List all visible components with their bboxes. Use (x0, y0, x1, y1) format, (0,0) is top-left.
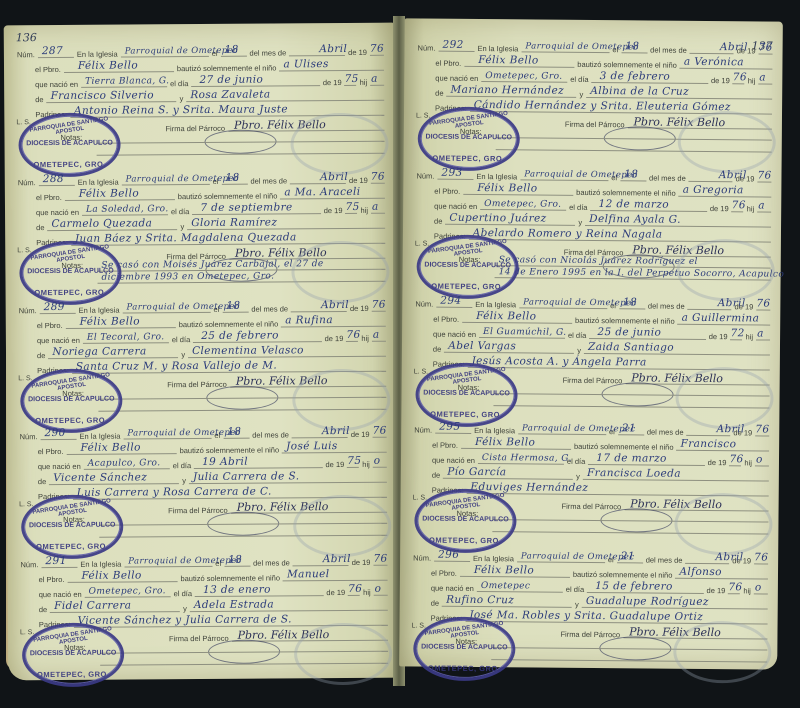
baptism-month: Abril (320, 171, 348, 183)
birthplace: Ometepec, Gro. (484, 199, 561, 210)
page-number-left: 136 (16, 31, 37, 44)
father-label: de (36, 351, 46, 360)
hijo-label: hij (746, 204, 756, 213)
baptism-month: Abril (321, 299, 349, 311)
baptism-day: 18 (224, 44, 238, 56)
num-label: Núm. (413, 425, 433, 434)
mother-name: Rosa Zavaleta (190, 89, 270, 102)
priest-label: el Pbro. (35, 193, 63, 202)
priest-name: Félix Bello (477, 182, 537, 195)
month-label: del mes de (249, 176, 288, 185)
baptism-year: 76 (373, 553, 387, 565)
entry-line-1: Núm. 292 En la Iglesia Parroquial de Ome… (417, 40, 775, 55)
baptism-entry: Núm. 294 En la Iglesia Parroquial de Ome… (401, 296, 780, 409)
birthplace-label: que nació en (433, 202, 478, 211)
child-label: el niño (253, 63, 277, 72)
priest-label: el Pbro. (433, 187, 461, 196)
baptism-entry: Núm. 292 En la Iglesia Parroquial de Ome… (404, 40, 783, 153)
stamp-town: OMETEPEC, GRO. (416, 663, 512, 673)
hijo-suffix: o (755, 581, 762, 593)
entry-line-3: que nació en Tierra Blanca, G. el día 27… (34, 75, 386, 89)
birthplace: Ometepec, Gro. (89, 586, 166, 597)
parish-stamp: PARROQUIA DE SANTIAGO APOSTOL DIOCESIS D… (418, 106, 521, 171)
stamp-town: OMETEPEC, GRO. (23, 288, 119, 298)
birth-date: 25 de junio (597, 326, 661, 339)
child-label: el niño (254, 191, 278, 200)
baptism-month: Abril (717, 423, 745, 435)
and-label: y (575, 472, 581, 481)
hijo-label: hij (747, 76, 757, 85)
child-name: a Rufina (285, 314, 333, 326)
iglesia-label: En la Iglesia (78, 432, 121, 441)
baptized-label: bautizó solemnemente (177, 192, 255, 202)
year-label: de 19 (350, 430, 371, 439)
hijo-suffix: o (756, 453, 763, 465)
num-label: Núm. (19, 560, 39, 569)
entry-line-2: el Pbro. Félix Bello bautizó solemnement… (431, 438, 771, 453)
godparents: Jesús Acosta A. y Ángela Parra (471, 355, 646, 369)
birth-year: 75 (345, 201, 359, 213)
baptism-year: 76 (371, 171, 385, 183)
hijo-label: hij (362, 588, 372, 597)
stamp-diocese: DIOCESIS DE ACAPULCO (22, 140, 118, 148)
birth-year: 76 (729, 453, 743, 465)
stamp-diocese: DIOCESIS DE ACAPULCO (22, 268, 118, 276)
stamp-diocese: DIOCESIS DE ACAPULCO (421, 134, 517, 142)
bleed-through-stamp (294, 623, 392, 686)
priest-name: Félix Bello (478, 54, 538, 67)
hijo-label: hij (742, 586, 752, 595)
baptized-label: bautizó solemnemente (573, 442, 651, 452)
hijo-suffix: a (759, 71, 766, 83)
priest-name: Félix Bello (79, 187, 139, 199)
baptism-month: Abril (719, 169, 747, 181)
entry-line-1: Núm. 287 En la Iglesia Parroquial de Ome… (16, 45, 386, 60)
stamp-diocese: DIOCESIS DE ACAPULCO (416, 643, 512, 651)
child-name: Alfonso (679, 566, 722, 578)
baptism-day: 18 (227, 426, 241, 438)
father-label: de (430, 599, 440, 608)
year-label: de 19 (351, 558, 372, 567)
entry-line-1: Núm. 295 En la Iglesia Parroquial de Ome… (413, 422, 771, 437)
baptism-month: Abril (720, 41, 748, 53)
stamp-town: OMETEPEC, GRO. (421, 154, 517, 164)
stamp-parish: PARROQUIA DE SANTIAGO APOSTOL (418, 366, 515, 390)
birthplace-label: que nació en (431, 456, 476, 465)
entry-line-1: Núm. 293 En la Iglesia Parroquial de Ome… (415, 168, 773, 183)
birthplace-label: que nació en (35, 208, 80, 217)
entry-number: 287 (42, 45, 63, 57)
birthplace-label: que nació en (434, 74, 479, 83)
baptism-day: 18 (624, 168, 638, 180)
priest-name: Félix Bello (78, 59, 138, 71)
mother-name: Francisca Loeda (587, 467, 681, 480)
birthplace-label: que nació en (37, 462, 82, 471)
baptism-day: 21 (622, 422, 636, 434)
priest-label: el Pbro. (432, 315, 460, 324)
birthplace-label: que nació en (432, 330, 477, 339)
father-name: Carmelo Quezada (51, 217, 152, 230)
baptism-entry: Núm. 287 En la Iglesia Parroquial de Ome… (4, 45, 395, 158)
birth-year-label: de 19 (323, 206, 344, 215)
entry-line-3: que nació en La Soledad, Gro. el día 7 d… (35, 203, 387, 217)
baptism-month: Abril (715, 551, 743, 563)
baptism-entry: Núm. 291 En la Iglesia Parroquial de Ome… (7, 555, 398, 668)
priest-name: Félix Bello (80, 315, 140, 327)
entry-number: 291 (45, 555, 66, 567)
month-label: del mes de (647, 301, 686, 310)
num-label: Núm. (412, 553, 432, 562)
priest-label: el Pbro. (36, 321, 64, 330)
iglesia-label: En la Iglesia (473, 426, 516, 435)
stamp-parish: PARROQUIA DE SANTIAGO APOSTOL (416, 620, 513, 644)
birth-year-label: de 19 (706, 586, 727, 595)
left-page: 136 Núm. 287 En la Iglesia Parroquial de… (4, 23, 399, 681)
entry-number: 293 (441, 167, 462, 179)
baptism-day: 18 (228, 554, 242, 566)
entry-line-2: el Pbro. Félix Bello bautizó solemnement… (36, 316, 388, 330)
and-label: y (179, 94, 185, 103)
birth-year-label: de 19 (707, 458, 728, 467)
and-label: y (578, 90, 584, 99)
baptism-day: 18 (625, 40, 639, 52)
stamp-diocese: DIOCESIS DE ACAPULCO (23, 396, 119, 404)
year-label: de 19 (348, 176, 369, 185)
priest-label: el Pbro. (431, 441, 459, 450)
birth-day-label: el día (172, 461, 192, 470)
birth-year-label: de 19 (322, 78, 343, 87)
parish-stamp: PARROQUIA DE SANTIAGO APOSTOL DIOCESIS D… (414, 488, 517, 553)
baptized-label: bautizó solemnemente (575, 188, 653, 198)
father-name: Cupertino Juárez (449, 212, 546, 225)
num-label: Núm. (19, 432, 39, 441)
godparents: Luis Carrera y Rosa Carrera de C. (77, 486, 272, 499)
child-label: el niño (649, 571, 673, 580)
child-label: el niño (654, 61, 678, 70)
birth-year: 76 (728, 581, 742, 593)
father-label: de (433, 217, 443, 226)
hijo-suffix: a (373, 329, 380, 341)
month-label: del mes de (250, 304, 289, 313)
parish-stamp: PARROQUIA DE SANTIAGO APOSTOL DIOCESIS D… (413, 616, 516, 681)
priest-label: el Pbro. (34, 65, 62, 74)
year-label: de 19 (349, 304, 370, 313)
baptized-label: bautizó solemnemente (176, 64, 254, 74)
entry-number: 295 (439, 421, 460, 433)
birth-year-label: de 19 (324, 460, 345, 469)
birth-year-label: de 19 (325, 588, 346, 597)
iglesia-label: En la Iglesia (475, 172, 518, 181)
mother-name: Zaida Santiago (588, 341, 674, 354)
stamp-diocese: DIOCESIS DE ACAPULCO (417, 515, 513, 523)
stamp-town: OMETEPEC, GRO. (23, 416, 119, 426)
birthplace-label: que nació en (430, 584, 475, 593)
child-label: el niño (653, 189, 677, 198)
iglesia-label: En la Iglesia (476, 44, 519, 53)
birthplace-label: que nació en (38, 590, 83, 599)
baptized-label: bautizó solemnemente (178, 320, 256, 330)
baptism-year: 76 (757, 169, 771, 181)
baptized-label: bautizó solemnemente (574, 316, 652, 326)
entry-line-1: Núm. 291 En la Iglesia Parroquial de Ome… (19, 555, 389, 570)
baptism-entry: Núm. 293 En la Iglesia Parroquial de Ome… (403, 168, 782, 281)
birth-day-label: el día (565, 585, 585, 594)
iglesia-label: En la Iglesia (76, 50, 119, 59)
mother-name: Guadalupe Rodríguez (586, 595, 709, 608)
birth-year: 76 (733, 71, 747, 83)
father-name: Abel Vargas (448, 340, 516, 353)
baptism-day: 21 (621, 550, 635, 562)
baptism-entry: Núm. 295 En la Iglesia Parroquial de Ome… (400, 422, 779, 535)
month-label: del mes de (249, 48, 288, 57)
baptized-label: bautizó solemnemente (572, 570, 650, 580)
birthplace: La Soledad, Gro. (86, 204, 169, 215)
entry-number: 292 (442, 39, 463, 51)
baptism-year: 76 (370, 43, 384, 55)
entry-line-4: de Noriega Carrera y Clementina Velasco (36, 346, 388, 360)
hijo-label: hij (743, 458, 753, 467)
baptism-day: 18 (226, 300, 240, 312)
stamp-town: OMETEPEC, GRO. (25, 670, 121, 680)
baptism-year: 76 (755, 423, 769, 435)
birthplace: Cista Hermosa, G. (482, 453, 572, 464)
month-label: del mes de (252, 558, 291, 567)
num-label: Núm. (17, 178, 37, 187)
stamp-town: OMETEPEC, GRO. (419, 282, 515, 292)
and-label: y (182, 604, 188, 613)
entry-line-2: el Pbro. Félix Bello bautizó solemnement… (432, 312, 772, 327)
parish-stamp: PARROQUIA DE SANTIAGO APOSTOL DIOCESIS D… (20, 369, 122, 434)
priest-name: Félix Bello (474, 564, 534, 577)
baptism-year: 76 (372, 299, 386, 311)
mother-name: Delfina Ayala G. (589, 213, 681, 226)
godparents: Antonio Reina S. y Srita. Maura Juste (74, 103, 288, 116)
child-name: a Verónica (684, 56, 744, 69)
priest-label: el Pbro. (37, 447, 65, 456)
month-label: del mes de (645, 555, 684, 564)
godparents: Juan Báez y Srita. Magdalena Quezada (75, 231, 297, 245)
entry-number: 294 (440, 295, 461, 307)
child-label: el niño (651, 317, 675, 326)
child-label: el niño (256, 445, 280, 454)
parish-stamp: PARROQUIA DE SANTIAGO APOSTOL DIOCESIS D… (19, 241, 121, 306)
baptized-label: bautizó solemnemente (179, 574, 257, 584)
godparents: Vicente Sánchez y Julia Carrera de S. (78, 613, 292, 626)
stamp-parish: PARROQUIA DE SANTIAGO APOSTOL (417, 492, 514, 516)
num-label: Núm. (417, 43, 437, 52)
father-label: de (34, 95, 44, 104)
father-name: Fidel Carrera (54, 599, 131, 612)
child-label: el niño (650, 443, 674, 452)
mother-name: Gloria Ramírez (191, 216, 277, 229)
stamp-town: OMETEPEC, GRO. (22, 160, 118, 170)
entry-line-2: el Pbro. Félix Bello bautizó solemnement… (38, 570, 390, 584)
father-name: Mariano Hernández (451, 84, 565, 97)
baptism-entry: Núm. 290 En la Iglesia Parroquial de Ome… (7, 427, 398, 540)
hijo-suffix: a (758, 199, 765, 211)
and-label: y (577, 218, 583, 227)
baptism-entry: Núm. 288 En la Iglesia Parroquial de Ome… (5, 173, 396, 286)
and-label: y (576, 346, 582, 355)
baptism-month: Abril (319, 43, 347, 55)
and-label: y (181, 476, 187, 485)
birth-day-label: el día (170, 207, 190, 216)
hijo-label: hij (359, 206, 369, 215)
child-name: Francisco (681, 438, 737, 450)
hijo-suffix: a (371, 73, 378, 85)
num-label: Núm. (16, 50, 36, 59)
bleed-through-stamp (675, 367, 774, 430)
hijo-suffix: o (374, 455, 381, 467)
father-label: de (434, 89, 444, 98)
father-label: de (431, 471, 441, 480)
mother-name: Clementina Velasco (192, 344, 304, 357)
baptism-year: 76 (373, 425, 387, 437)
birth-year-label: de 19 (324, 334, 345, 343)
iglesia-label: En la Iglesia (79, 560, 122, 569)
and-label: y (574, 600, 580, 609)
year-label: de 19 (347, 48, 368, 57)
birth-date: 15 de febrero (595, 580, 673, 593)
birth-day-label: el día (567, 331, 587, 340)
birth-year: 75 (345, 73, 359, 85)
birth-year: 76 (732, 199, 746, 211)
father-name: Francisco Silverio (51, 89, 155, 102)
birth-year: 75 (347, 455, 361, 467)
bleed-through-stamp (292, 369, 390, 432)
birth-day-label: el día (171, 335, 191, 344)
priest-name: Félix Bello (80, 441, 140, 453)
month-label: del mes de (646, 427, 685, 436)
child-name: a Ma. Araceli (284, 186, 360, 199)
entry-number: 288 (43, 173, 64, 185)
priest-name: Félix Bello (475, 436, 535, 449)
birth-date: 25 de febrero (201, 329, 279, 342)
child-name: a Guillermina (682, 312, 760, 325)
stamp-town: OMETEPEC, GRO. (24, 542, 120, 552)
bleed-through-stamp (290, 113, 388, 176)
priest-label: el Pbro. (434, 59, 462, 68)
entry-line-1: Núm. 294 En la Iglesia Parroquial de Ome… (414, 296, 772, 311)
father-name: Noriega Carrera (52, 345, 146, 358)
bleed-through-stamp (674, 493, 773, 556)
entry-line-2: el Pbro. Félix Bello bautizó solemnement… (433, 184, 773, 199)
hijo-label: hij (745, 332, 755, 341)
stamp-diocese: DIOCESIS DE ACAPULCO (419, 389, 515, 397)
father-label: de (37, 477, 47, 486)
child-name: Manuel (287, 568, 330, 580)
birth-year: 76 (348, 583, 362, 595)
parish-stamp: PARROQUIA DE SANTIAGO APOSTOL DIOCESIS D… (18, 113, 120, 178)
birthplace: Ometepec, Gro. (485, 71, 562, 82)
baptism-day: 18 (225, 172, 239, 184)
birth-date: 12 de marzo (598, 198, 669, 211)
parish-stamp: PARROQUIA DE SANTIAGO APOSTOL DIOCESIS D… (415, 362, 518, 427)
mother-name: Albina de la Cruz (590, 85, 689, 98)
birth-date: 3 de febrero (600, 70, 671, 83)
entry-number: 290 (44, 427, 65, 439)
entry-line-3: que nació en El Tecoral, Gro. el día 25 … (36, 331, 388, 345)
entry-line-1: Núm. 296 En la Iglesia Parroquial de Ome… (412, 550, 770, 565)
parish-stamp: PARROQUIA DE SANTIAGO APOSTOL DIOCESIS D… (416, 234, 519, 299)
godparents: Santa Cruz M. y Rosa Vallejo de M. (76, 359, 277, 372)
right-page: 137 Núm. 292 En la Iglesia Parroquial de… (399, 18, 783, 669)
entry-line-2: el Pbro. Félix Bello bautizó solemnement… (34, 60, 386, 74)
baptism-entry: Núm. 296 En la Iglesia Parroquial de Ome… (399, 550, 778, 663)
month-label: del mes de (251, 430, 290, 439)
mother-name: Julia Carrera de S. (193, 470, 300, 483)
stamp-town: OMETEPEC, GRO. (418, 409, 514, 419)
bleed-through-stamp (676, 239, 775, 302)
open-baptism-register: 136 Núm. 287 En la Iglesia Parroquial de… (0, 0, 800, 708)
stamp-parish: PARROQUIA DE SANTIAGO APOSTOL (419, 238, 516, 262)
birth-year-label: de 19 (709, 204, 730, 213)
priest-name: Félix Bello (81, 569, 141, 581)
entry-number: 296 (438, 549, 459, 561)
father-label: de (432, 345, 442, 354)
birth-date: 13 de enero (203, 584, 271, 596)
parish-stamp: PARROQUIA DE SANTIAGO APOSTOL DIOCESIS D… (22, 623, 124, 688)
child-label: el niño (257, 573, 281, 582)
baptism-month: Abril (323, 553, 351, 565)
hijo-suffix: o (375, 583, 382, 595)
num-label: Núm. (415, 171, 435, 180)
father-label: de (35, 223, 45, 232)
entry-line-3: que nació en Ometepec, Gro. el día 13 de… (38, 585, 390, 599)
iglesia-label: En la Iglesia (77, 178, 120, 187)
stamp-diocese: DIOCESIS DE ACAPULCO (24, 522, 120, 530)
hijo-label: hij (359, 78, 369, 87)
birth-year: 72 (731, 327, 745, 339)
birthplace: El Tecoral, Gro. (87, 332, 165, 343)
baptism-month: Abril (718, 297, 746, 309)
iglesia-label: En la Iglesia (472, 554, 515, 563)
entry-number: 289 (44, 301, 65, 313)
baptism-year: 76 (756, 297, 770, 309)
entry-line-2: el Pbro. Félix Bello bautizó solemnement… (35, 188, 387, 202)
note-text-2: diciembre 1993 en Ometepec, Gro. (101, 271, 274, 282)
priest-label: el Pbro. (38, 575, 66, 584)
parish-stamp: PARROQUIA DE SANTIAGO APOSTOL DIOCESIS D… (21, 495, 123, 560)
child-name: a Ulises (283, 58, 328, 70)
father-name: Vicente Sánchez (53, 471, 147, 484)
priest-label: el Pbro. (430, 569, 458, 578)
note-text-1: Se casó con Moisés Juárez Carbajal, el 2… (101, 259, 323, 271)
entry-line-4: de Vicente Sánchez y Julia Carrera de S. (37, 472, 389, 486)
and-label: y (179, 222, 185, 231)
child-label: el niño (255, 319, 279, 328)
hijo-label: hij (360, 334, 370, 343)
birth-date: 19 Abril (202, 456, 248, 468)
stamp-parish: PARROQUIA DE SANTIAGO APOSTOL (421, 110, 518, 134)
father-label: de (38, 605, 48, 614)
birthplace: Tierra Blanca, G. (85, 76, 169, 87)
birth-date: 7 de septiembre (200, 201, 292, 214)
birthplace: El Guamúchil, G. (483, 327, 567, 338)
stamp-diocese: DIOCESIS DE ACAPULCO (420, 262, 516, 270)
note-text-1: Se casó con Nicolás Juárez Rodríguez el (499, 255, 698, 267)
baptized-label: bautizó solemnemente (179, 446, 257, 456)
birth-day-label: el día (173, 589, 193, 598)
bleed-through-stamp (673, 621, 772, 684)
bleed-through-stamp (291, 241, 389, 304)
birth-year-label: de 19 (710, 76, 731, 85)
child-name: José Luis (286, 440, 338, 452)
mother-name: Adela Estrada (194, 598, 274, 611)
entry-line-2: el Pbro. Félix Bello bautizó solemnement… (430, 566, 770, 581)
birth-year: 76 (346, 329, 360, 341)
hijo-suffix: a (757, 327, 764, 339)
